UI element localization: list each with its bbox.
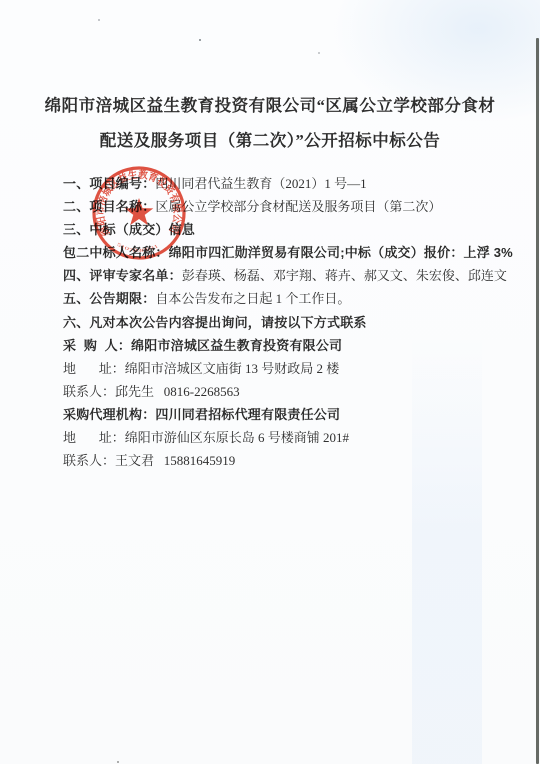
text-segment: 采购代理机构：四川同君招标代理有限责任公司 (63, 407, 340, 422)
body-line-10: 联系人：邱先生 0816-2268563 (63, 380, 522, 403)
text-segment: 彭春瑛、杨磊、邓宇翔、蒋卉、郝又文、朱宏俊、邱连文 (182, 268, 507, 283)
scanned-announcement-page: 绵阳市涪城区益生教育投资有限公司“区属公立学校部分食材 配送及服务项目（第二次）… (0, 0, 540, 764)
body-line-13: 联系人：王文君 15881645919 (63, 449, 522, 472)
body-line-11: 采购代理机构：四川同君招标代理有限责任公司 (63, 403, 522, 426)
text-segment: 地 址：绵阳市游仙区东原长岛 6 号楼商铺 201# (63, 430, 349, 445)
text-segment: 四、评审专家名单： (63, 268, 182, 283)
announcement-title: 绵阳市涪城区益生教育投资有限公司“区属公立学校部分食材 配送及服务项目（第二次）… (36, 88, 504, 158)
text-segment: 二、项目名称： (63, 199, 155, 214)
body-line-12: 地 址：绵阳市游仙区东原长岛 6 号楼商铺 201# (63, 426, 522, 449)
scan-specks (199, 39, 201, 41)
text-segment: 联系人：王文君 15881645919 (63, 453, 235, 468)
text-segment: 一、项目编号： (63, 176, 155, 191)
text-segment: 采 购 人：绵阳市涪城区益生教育投资有限公司 (63, 338, 342, 353)
text-segment: 区属公立学校部分食材配送及服务项目（第二次） (155, 199, 441, 214)
body-line-6: 五、公告期限：自本公告发布之日起 1 个工作日。 (63, 287, 522, 310)
body-line-5: 四、评审专家名单：彭春瑛、杨磊、邓宇翔、蒋卉、郝又文、朱宏俊、邱连文 (63, 264, 522, 287)
announcement-body: 一、项目编号：四川同君代益生教育（2021）1 号—1二、项目名称：区属公立学校… (63, 172, 522, 472)
body-line-3: 三、中标（成交）信息 (63, 218, 522, 241)
text-segment: 三、中标（成交）信息 (63, 222, 195, 237)
body-line-4: 包二中标人名称：绵阳市四汇勋洋贸易有限公司;中标（成交）报价：上浮 3% (63, 241, 522, 264)
body-line-1: 一、项目编号：四川同君代益生教育（2021）1 号—1 (63, 172, 522, 195)
text-segment: 地 址：绵阳市涪城区文庙街 13 号财政局 2 楼 (63, 361, 339, 376)
announcement-title-line-2: 配送及服务项目（第二次）”公开招标中标公告 (36, 123, 504, 158)
announcement-title-line-1: 绵阳市涪城区益生教育投资有限公司“区属公立学校部分食材 (36, 88, 504, 123)
scan-page-edge (536, 38, 539, 764)
text-segment: 自本公告发布之日起 1 个工作日。 (155, 291, 350, 306)
text-segment: 包二中标人名称：绵阳市四汇勋洋贸易有限公司;中标（成交）报价：上浮 3% (63, 245, 513, 260)
body-line-8: 采 购 人：绵阳市涪城区益生教育投资有限公司 (63, 334, 522, 357)
body-line-2: 二、项目名称：区属公立学校部分食材配送及服务项目（第二次） (63, 195, 522, 218)
text-segment: 四川同君代益生教育（2021）1 号—1 (155, 176, 366, 191)
text-segment: 联系人：邱先生 0816-2268563 (63, 384, 240, 399)
body-line-9: 地 址：绵阳市涪城区文庙街 13 号财政局 2 楼 (63, 357, 522, 380)
text-segment: 六、凡对本次公告内容提出询问，请按以下方式联系 (63, 315, 367, 330)
body-line-7: 六、凡对本次公告内容提出询问，请按以下方式联系 (63, 311, 522, 334)
text-segment: 五、公告期限： (63, 291, 155, 306)
